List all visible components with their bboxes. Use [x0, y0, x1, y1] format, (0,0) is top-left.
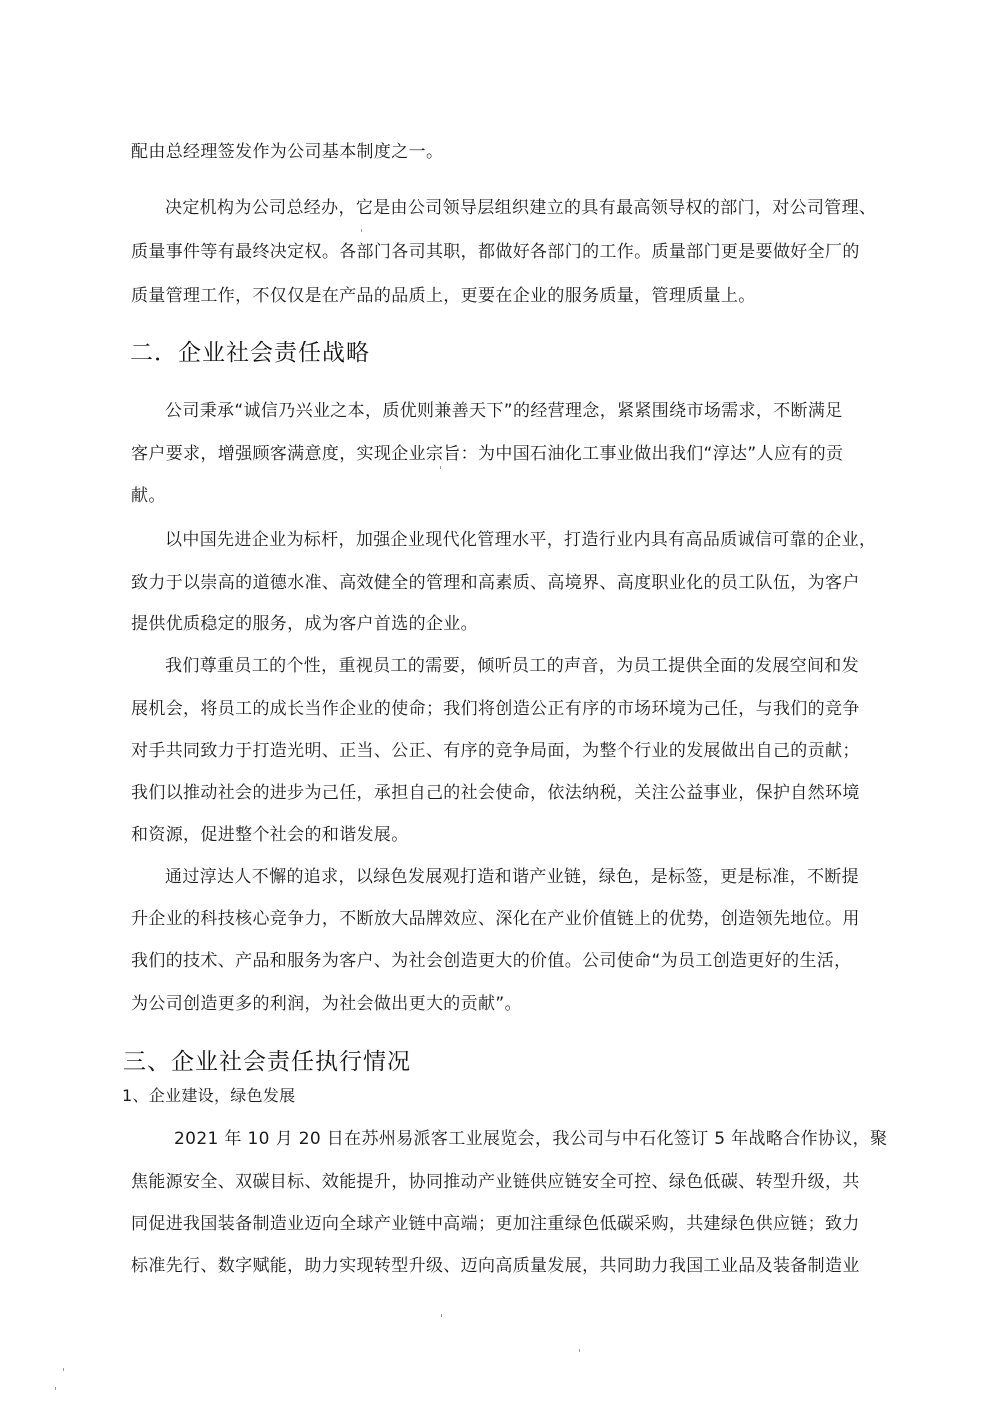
- paragraph-line: 我们的技术、产品和服务为客户、为社会创造更大的价值。公司使命“为员工创造更好的生…: [131, 950, 852, 972]
- paragraph-line: 和资源，促进整个社会的和谐发展。: [131, 824, 409, 846]
- section-heading: 三、企业社会责任执行情况: [123, 1048, 411, 1076]
- paragraph-line: 焦能源安全、双碳目标、效能提升，协同推动产业链供应链安全可控、绿色低碳、转型升级…: [131, 1171, 860, 1193]
- paragraph-line: 同促进我国装备制造业迈向全球产业链中高端；更加注重绿色低碳采购，共建绿色供应链；…: [131, 1213, 860, 1235]
- paragraph-line: 致力于以崇高的道德水准、高效健全的管理和高素质、高境界、高度职业化的员工队伍，为…: [131, 572, 860, 594]
- scan-speck: [440, 466, 441, 469]
- paragraph-line: 以中国先进企业为标杆，加强企业现代化管理水平，打造行业内具有高品质诚信可靠的企业…: [165, 529, 876, 551]
- subsection-heading: 1、企业建设，绿色发展: [122, 1085, 295, 1107]
- document-page: 配由总经理签发作为公司基本制度之一。 决定机构为公司总经办，它是由公司领导层组织…: [0, 0, 1000, 1414]
- paragraph-line: 决定机构为公司总经办，它是由公司领导层组织建立的具有最高领导权的部门，对公司管理…: [165, 197, 876, 219]
- paragraph-line: 提供优质稳定的服务，成为客户首选的企业。: [131, 613, 478, 635]
- paragraph-line: 2021 年 10 月 20 日在苏州易派客工业展览会，我公司与中石化签订 5 …: [174, 1128, 887, 1150]
- section-heading: 二．企业社会责任战略: [130, 339, 370, 367]
- paragraph-line: 展机会，将员工的成长当作企业的使命；我们将创造公正有序的市场环境为己任，与我们的…: [131, 698, 860, 720]
- scan-speck: [361, 229, 362, 232]
- paragraph-line: 质量事件等有最终决定权。各部门各司其职，都做好各部门的工作。质量部门更是要做好全…: [131, 241, 860, 263]
- paragraph-line: 对手共同致力于打造光明、正当、公正、有序的竞争局面，为整个行业的发展做出自己的贡…: [131, 740, 860, 762]
- scan-speck: [55, 1387, 56, 1390]
- scan-speck: [441, 1314, 442, 1317]
- paragraph-line: 我们以推动社会的进步为己任，承担自己的社会使命，依法纳税，关注公益事业，保护自然…: [131, 782, 860, 804]
- paragraph-line: 公司秉承“诚信乃兴业之本，质优则兼善天下”的经营理念，紧紧围绕市场需求，不断满足: [165, 400, 843, 422]
- paragraph-line: 为公司创造更多的利润，为社会做出更大的贡献”。: [131, 993, 522, 1015]
- paragraph-line: 升企业的科技核心竞争力，不断放大品牌效应、深化在产业价值链上的优势，创造领先地位…: [131, 908, 860, 930]
- paragraph-line: 配由总经理签发作为公司基本制度之一。: [131, 141, 443, 163]
- paragraph-line: 标准先行、数字赋能，助力实现转型升级、迈向高质量发展，共同助力我国工业品及装备制…: [131, 1255, 860, 1277]
- scan-speck: [579, 1349, 580, 1352]
- paragraph-line: 献。: [131, 485, 166, 507]
- paragraph-line: 我们尊重员工的个性，重视员工的需要，倾听员工的声音，为员工提供全面的发展空间和发: [165, 655, 859, 677]
- paragraph-line: 客户要求，增强顾客满意度，实现企业宗旨：为中国石油化工事业做出我们“淳达”人应有…: [131, 443, 843, 465]
- paragraph-line: 质量管理工作，不仅仅是在产品的品质上，更要在企业的服务质量，管理质量上。: [131, 285, 756, 307]
- scan-speck: [63, 1368, 64, 1371]
- paragraph-line: 通过淳达人不懈的追求，以绿色发展观打造和谐产业链，绿色，是标签，更是标准，不断提: [165, 866, 859, 888]
